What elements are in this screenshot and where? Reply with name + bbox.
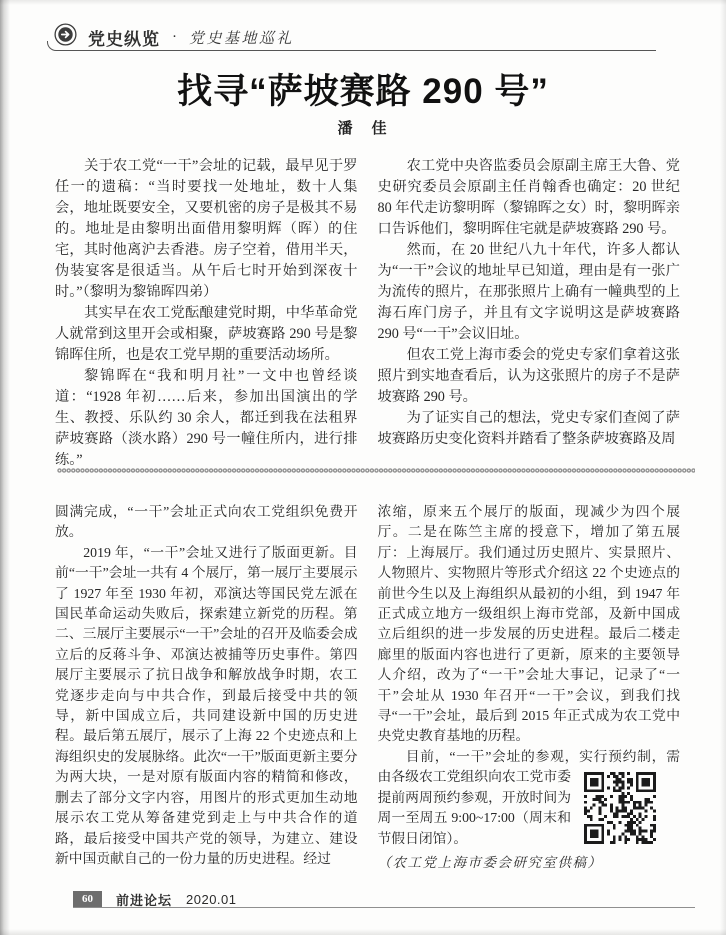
- page-footer: 60 前进论坛 2020.01: [73, 891, 237, 907]
- paragraph: 2019 年，“一干”会址又进行了版面更新。目前“一干”会址一共有 4 个展厅，…: [55, 543, 358, 870]
- top-left-column: 关于农工党“一干”会址的记载，最早见于罗任一的遗稿：“当时要找一处地址，数十人集…: [55, 156, 358, 471]
- paragraph: 但农工党上海市委会的党史专家们拿着这张照片到实地查看后，认为这张照片的房子不是萨…: [378, 345, 681, 408]
- paragraph: 然而，在 20 世纪八九十年代，许多人都认为“一干”会议的地址早已知道，理由是有…: [378, 240, 681, 345]
- section-separator: [57, 468, 695, 473]
- paragraph: 其实早在农工党酝酿建党时期，中华革命党人就常到这里开会或相聚，萨坡赛路 290 …: [55, 303, 358, 366]
- paragraph: 为了证实自己的想法，党史专家们查阅了萨坡赛路历史变化资料并踏看了整条萨坡赛路及周: [378, 408, 681, 450]
- paragraph: 农工党中央咨监委员会原副主席王大鲁、党史研究委员会原副主任肖翰香也确定：20 世…: [378, 156, 681, 240]
- page-number-badge: 60: [73, 891, 102, 907]
- paragraph: 关于农工党“一干”会址的记载，最早见于罗任一的遗稿：“当时要找一处地址，数十人集…: [55, 156, 358, 303]
- subsection-title: 党史基地巡礼: [189, 27, 294, 48]
- top-right-column: 农工党中央咨监委员会原副主席王大鲁、党史研究委员会原副主任肖翰香也确定：20 世…: [378, 156, 681, 471]
- paragraph: 黎锦晖在“我和明月社”一文中也曾经谈道：“1928 年初……后来，参加出国演出的…: [55, 366, 358, 471]
- credit-line: （农工党上海市委会研究室供稿）: [378, 853, 681, 873]
- top-text-block: 关于农工党“一干”会址的记载，最早见于罗任一的遗稿：“当时要找一处地址，数十人集…: [55, 156, 680, 471]
- section-dot: ·: [172, 29, 177, 46]
- paragraph: 圆满完成，“一干”会址正式向农工党组织免费开放。: [55, 502, 358, 543]
- magazine-section-header: 党史纵览 · 党史基地巡礼: [54, 24, 294, 50]
- section-title: 党史纵览: [88, 25, 160, 50]
- arrow-circle-icon: [54, 23, 77, 51]
- bottom-left-column: 圆满完成，“一干”会址正式向农工党组织免费开放。 2019 年，“一干”会址又进…: [55, 502, 358, 873]
- paragraph: 浓缩，原来五个展厅的版面，现减少为四个展厅。二是在陈竺主席的授意下，增加了第五展…: [378, 502, 681, 747]
- article-title: 找寻“萨坡赛路 290 号”: [0, 64, 726, 114]
- article-author: 潘 佳: [0, 117, 726, 138]
- issue-number: 2020.01: [186, 892, 237, 907]
- journal-name: 前进论坛: [116, 890, 172, 909]
- bottom-text-block: 圆满完成，“一干”会址正式向农工党组织免费开放。 2019 年，“一干”会址又进…: [55, 502, 680, 873]
- bottom-right-column: 浓缩，原来五个展厅的版面，现减少为四个展厅。二是在陈竺主席的授意下，增加了第五展…: [378, 502, 681, 873]
